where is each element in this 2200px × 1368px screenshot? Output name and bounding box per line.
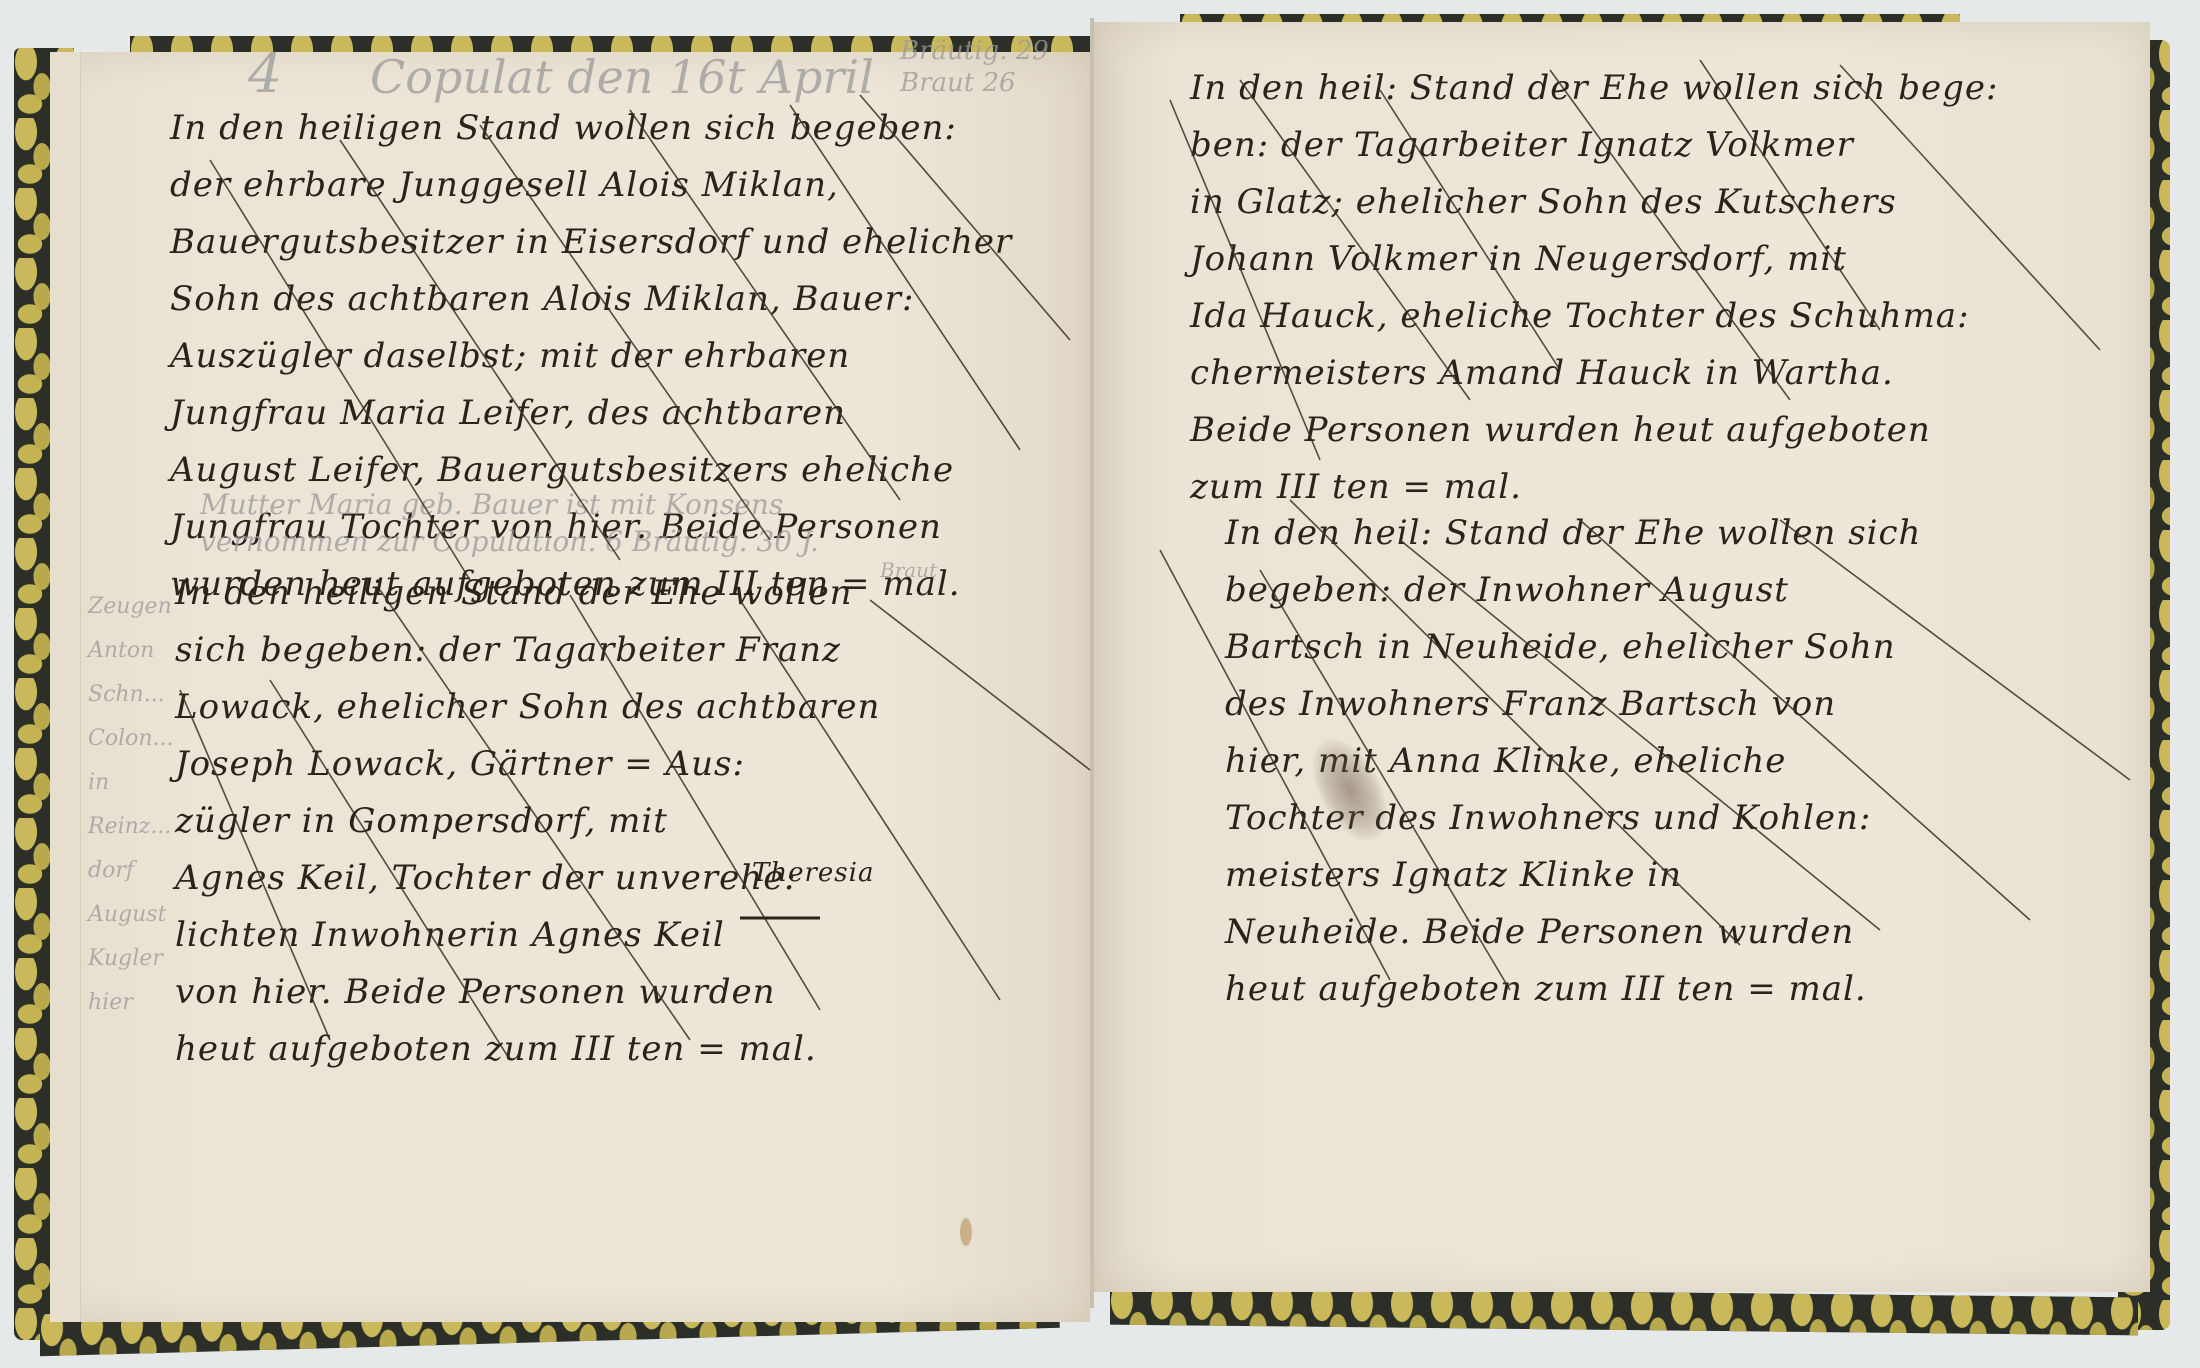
entry-line: ben: der Tagarbeiter Ignatz Volkmer: [1190, 117, 1999, 174]
entry-3-text: In den heil: Stand der Ehe wollen sich b…: [1190, 60, 1999, 516]
entry-line: Beide Personen wurden heut aufgeboten: [1190, 402, 1999, 459]
entry-line: Bartsch in Neuheide, ehelicher Sohn: [1225, 619, 1921, 676]
entry-line: zügler in Gompersdorf, mit: [175, 793, 880, 850]
entry-line: in Glatz; ehelicher Sohn des Kutschers: [1190, 174, 1999, 231]
entry-line: Jungfrau Maria Leifer, des achtbaren: [170, 385, 1012, 442]
entry-line: heut aufgeboten zum III ten = mal.: [175, 1021, 880, 1078]
entry-line: des Inwohners Franz Bartsch von: [1225, 676, 1921, 733]
entry-2-text: In den heiligen Stand der Ehe wollen sic…: [175, 565, 880, 1078]
entry-line: heut aufgeboten zum III ten = mal.: [1225, 961, 1921, 1018]
open-register-book: 4 Copulat den 16t April Bräutig. 29 Brau…: [0, 0, 2200, 1368]
pencil-note-line: Braut: [880, 558, 937, 582]
book-cover-bottom-right-edge: [1110, 1287, 2138, 1336]
entry-line: lichten Inwohnerin Agnes Keil: [175, 907, 880, 964]
entry-line: Johann Volkmer in Neugersdorf, mit: [1190, 231, 1999, 288]
entry-line: In den heil: Stand der Ehe wollen sich: [1225, 505, 1921, 562]
pencil-page-number: 4: [248, 42, 282, 105]
pencil-note-line: Mutter Maria geb. Bauer ist mit Konsens: [200, 488, 783, 521]
entry-line: der ehrbare Junggesell Alois Miklan,: [170, 157, 1012, 214]
entry-line: Bauergutsbesitzer in Eisersdorf und ehel…: [170, 214, 1012, 271]
correction-theresia: Theresia: [752, 858, 874, 888]
entry-line: Neuheide. Beide Personen wurden: [1225, 904, 1921, 961]
entry-line: begeben: der Inwohner August: [1225, 562, 1921, 619]
entry-line: In den heiligen Stand der Ehe wollen: [175, 565, 880, 622]
foxing-spot: [960, 1218, 972, 1246]
pencil-note-line: vernommen zur Copulation. 6 Bräutig. 30 …: [200, 525, 819, 558]
entry-line: sich begeben: der Tagarbeiter Franz: [175, 622, 880, 679]
entry-line: Lowack, ehelicher Sohn des achtbaren: [175, 679, 880, 736]
page-edge-stack: [50, 52, 81, 1322]
entry-line: Auszügler daselbst; mit der ehrbaren: [170, 328, 1012, 385]
pencil-header-date: Copulat den 16t April: [370, 50, 874, 104]
entry-line: In den heiligen Stand wollen sich begebe…: [170, 100, 1012, 157]
entry-line: meisters Ignatz Klinke in: [1225, 847, 1921, 904]
pencil-groom-age: Bräutig. 29: [900, 36, 1049, 66]
entry-line: Joseph Lowack, Gärtner = Aus:: [175, 736, 880, 793]
pencil-margin-witnesses: Zeugen Anton Schn... Colon... in Reinz..…: [88, 585, 174, 1025]
entry-line: von hier. Beide Personen wurden: [175, 964, 880, 1021]
pencil-bride-age: Braut 26: [900, 68, 1016, 98]
book-gutter: [1090, 18, 1094, 1308]
entry-line: Sohn des achtbaren Alois Miklan, Bauer:: [170, 271, 1012, 328]
entry-line: In den heil: Stand der Ehe wollen sich b…: [1190, 60, 1999, 117]
entry-line: Ida Hauck, eheliche Tochter des Schuhma:: [1190, 288, 1999, 345]
entry-line: chermeisters Amand Hauck in Wartha.: [1190, 345, 1999, 402]
